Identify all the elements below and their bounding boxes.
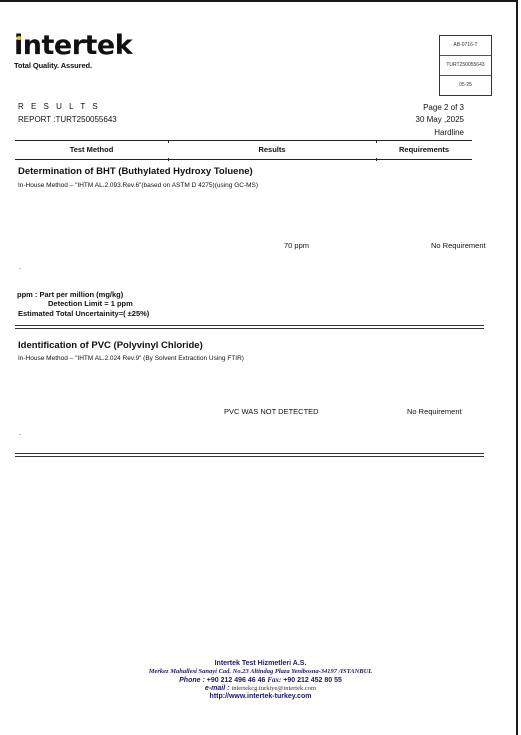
requirement-pvc: No Requirement (407, 407, 462, 416)
section-title-pvc: Identification of PVC (Polyvinyl Chlorid… (18, 340, 203, 351)
logo-text: intertek (14, 30, 132, 61)
logo-tagline: Total Quality. Assured. (14, 61, 132, 70)
footer-company: Intertek Test Hizmetleri A.S. (0, 660, 521, 668)
section-dot-bht: . (19, 264, 21, 271)
intertek-logo: intertek Total Quality. Assured. (14, 32, 132, 70)
result-bht: 70 ppm (284, 241, 309, 250)
email-label: e-mail : (205, 685, 230, 692)
email-link[interactable]: intertekcg.turkiye@intertek.com (231, 685, 316, 692)
section-method-pvc: In-House Method – "IHTM AL.2.024 Rev.9" … (18, 355, 244, 362)
section-divider (15, 453, 484, 457)
phone-number: +90 212 496 46 46 (207, 677, 266, 684)
footer-address: Merkez Mahallesi Sanayi Cad. No.23 Altin… (0, 668, 521, 676)
column-test-method: Test Method (15, 141, 168, 159)
report-number: REPORT :TURT250055643 (18, 115, 117, 124)
section-divider (15, 325, 484, 329)
footer-email-line: e-mail : intertekcg.turkiye@intertek.com (0, 685, 521, 693)
product-category: Hardline (416, 127, 464, 139)
note-detection-limit: Detection Limit = 1 ppm (48, 299, 133, 308)
ref-report-number: TURT250055643 (440, 56, 491, 76)
logo-dot-icon (17, 36, 21, 40)
column-requirements: Requirements (376, 141, 472, 159)
report-meta: Page 2 of 3 30 May ,2025 Hardline (416, 102, 464, 139)
section-title-bht: Determination of BHT (Buthylated Hydroxy… (18, 166, 253, 177)
page-indicator: Page 2 of 3 (416, 102, 464, 114)
result-pvc: PVC WAS NOT DETECTED (224, 407, 319, 416)
note-uncertainty: Estimated Total Uncertainity=( ±25%) (18, 309, 149, 318)
results-heading: R E S U L T S (18, 102, 100, 111)
reference-box: AB-0716-T TURT250055643 05-25 (439, 35, 492, 96)
section-method-bht: In-House Method – "IHTM AL.2.093.Rev.6"(… (18, 182, 258, 189)
note-ppm-definition: ppm : Part per million (mg/kg) (17, 290, 123, 299)
footer-phone-line: Phone : +90 212 496 46 46 Fax: +90 212 4… (0, 676, 521, 685)
website-link[interactable]: http://www.intertek-turkey.com (0, 693, 521, 701)
phone-label: Phone : (179, 677, 205, 684)
section-dot-pvc: . (19, 430, 21, 437)
column-results: Results (168, 141, 376, 159)
logo-wordmark: intertek (14, 32, 132, 59)
ref-form-code: AB-0716-T (440, 36, 491, 56)
fax-number: +90 212 452 80 55 (283, 677, 342, 684)
table-header: Test Method Results Requirements (15, 140, 472, 160)
requirement-bht: No Requirement (431, 241, 486, 250)
company-footer: Intertek Test Hizmetleri A.S. Merkez Mah… (0, 660, 521, 701)
fax-label: Fax: (267, 676, 281, 684)
ref-revision: 05-25 (440, 76, 491, 95)
report-page: intertek Total Quality. Assured. AB-0716… (0, 0, 518, 735)
report-date: 30 May ,2025 (416, 114, 464, 126)
